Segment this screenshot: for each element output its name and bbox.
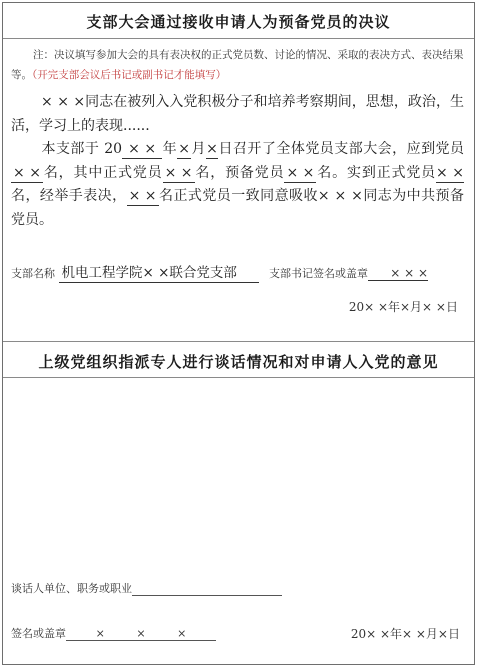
- section2-title: 上级党组织指派专人进行谈话情况和对申请人入党的意见: [3, 351, 474, 372]
- resolution-body: × × ×同志在被列入入党积极分子和培养考察期间，思想，政治，生活，学习上的表现…: [11, 91, 464, 232]
- interviewer-label: 谈话人单位、职务或职业: [11, 582, 132, 595]
- branch-signature-row: 支部名称 机电工程学院× ×联合党支部 支部书记签名或盖章× × ×: [11, 261, 468, 283]
- interview-date: 20× ×年× ×月×日: [351, 625, 460, 642]
- formal-members-field[interactable]: × ×: [163, 164, 195, 183]
- agree-members-field[interactable]: × ×: [127, 187, 159, 206]
- instruction-note: 注：决议填写参加大会的具有表决权的正式党员数、讨论的情况、采取的表决方式、表决结…: [11, 45, 466, 85]
- section1-title: 支部大会通过接收申请人为预备党员的决议: [3, 11, 474, 32]
- actual-members-field[interactable]: × ×: [436, 164, 464, 183]
- interviewer-row: 谈话人单位、职务或职业: [11, 580, 282, 596]
- month-field[interactable]: ×: [177, 140, 191, 159]
- secretary-signature-field[interactable]: × × ×: [368, 266, 428, 281]
- interviewer-field[interactable]: [132, 584, 282, 596]
- resolution-date: 20× ×年×月× ×日: [349, 298, 458, 315]
- note-red-text: （开完支部会议后书记或副书记才能填写）: [32, 69, 226, 81]
- divider: [3, 377, 474, 378]
- divider: [3, 341, 474, 342]
- branch-name-field[interactable]: 机电工程学院× ×联合党支部: [59, 261, 259, 283]
- probation-members-field[interactable]: × ×: [284, 164, 316, 183]
- paragraph-performance: × × ×同志在被列入入党积极分子和培养考察期间，思想，政治，生活，学习上的表现…: [11, 91, 464, 138]
- divider: [3, 38, 474, 39]
- resolution-form: 支部大会通过接收申请人为预备党员的决议 注：决议填写参加大会的具有表决权的正式党…: [2, 2, 475, 665]
- day-field[interactable]: ×: [206, 140, 218, 159]
- secretary-signature-label: 支部书记签名或盖章: [269, 267, 368, 280]
- paragraph-meeting: 本支部于 20× × 年×月×日召开了全体党员支部大会，应到党员× × 名，其中…: [11, 138, 464, 232]
- branch-name-label: 支部名称: [11, 267, 55, 280]
- interviewer-signature-row: 签名或盖章× × × 20× ×年× ×月×日: [11, 625, 460, 641]
- year-field[interactable]: × ×: [122, 140, 162, 159]
- signature-label: 签名或盖章: [11, 627, 66, 640]
- expected-members-field[interactable]: × ×: [11, 164, 43, 183]
- signature-field[interactable]: × × ×: [66, 627, 216, 641]
